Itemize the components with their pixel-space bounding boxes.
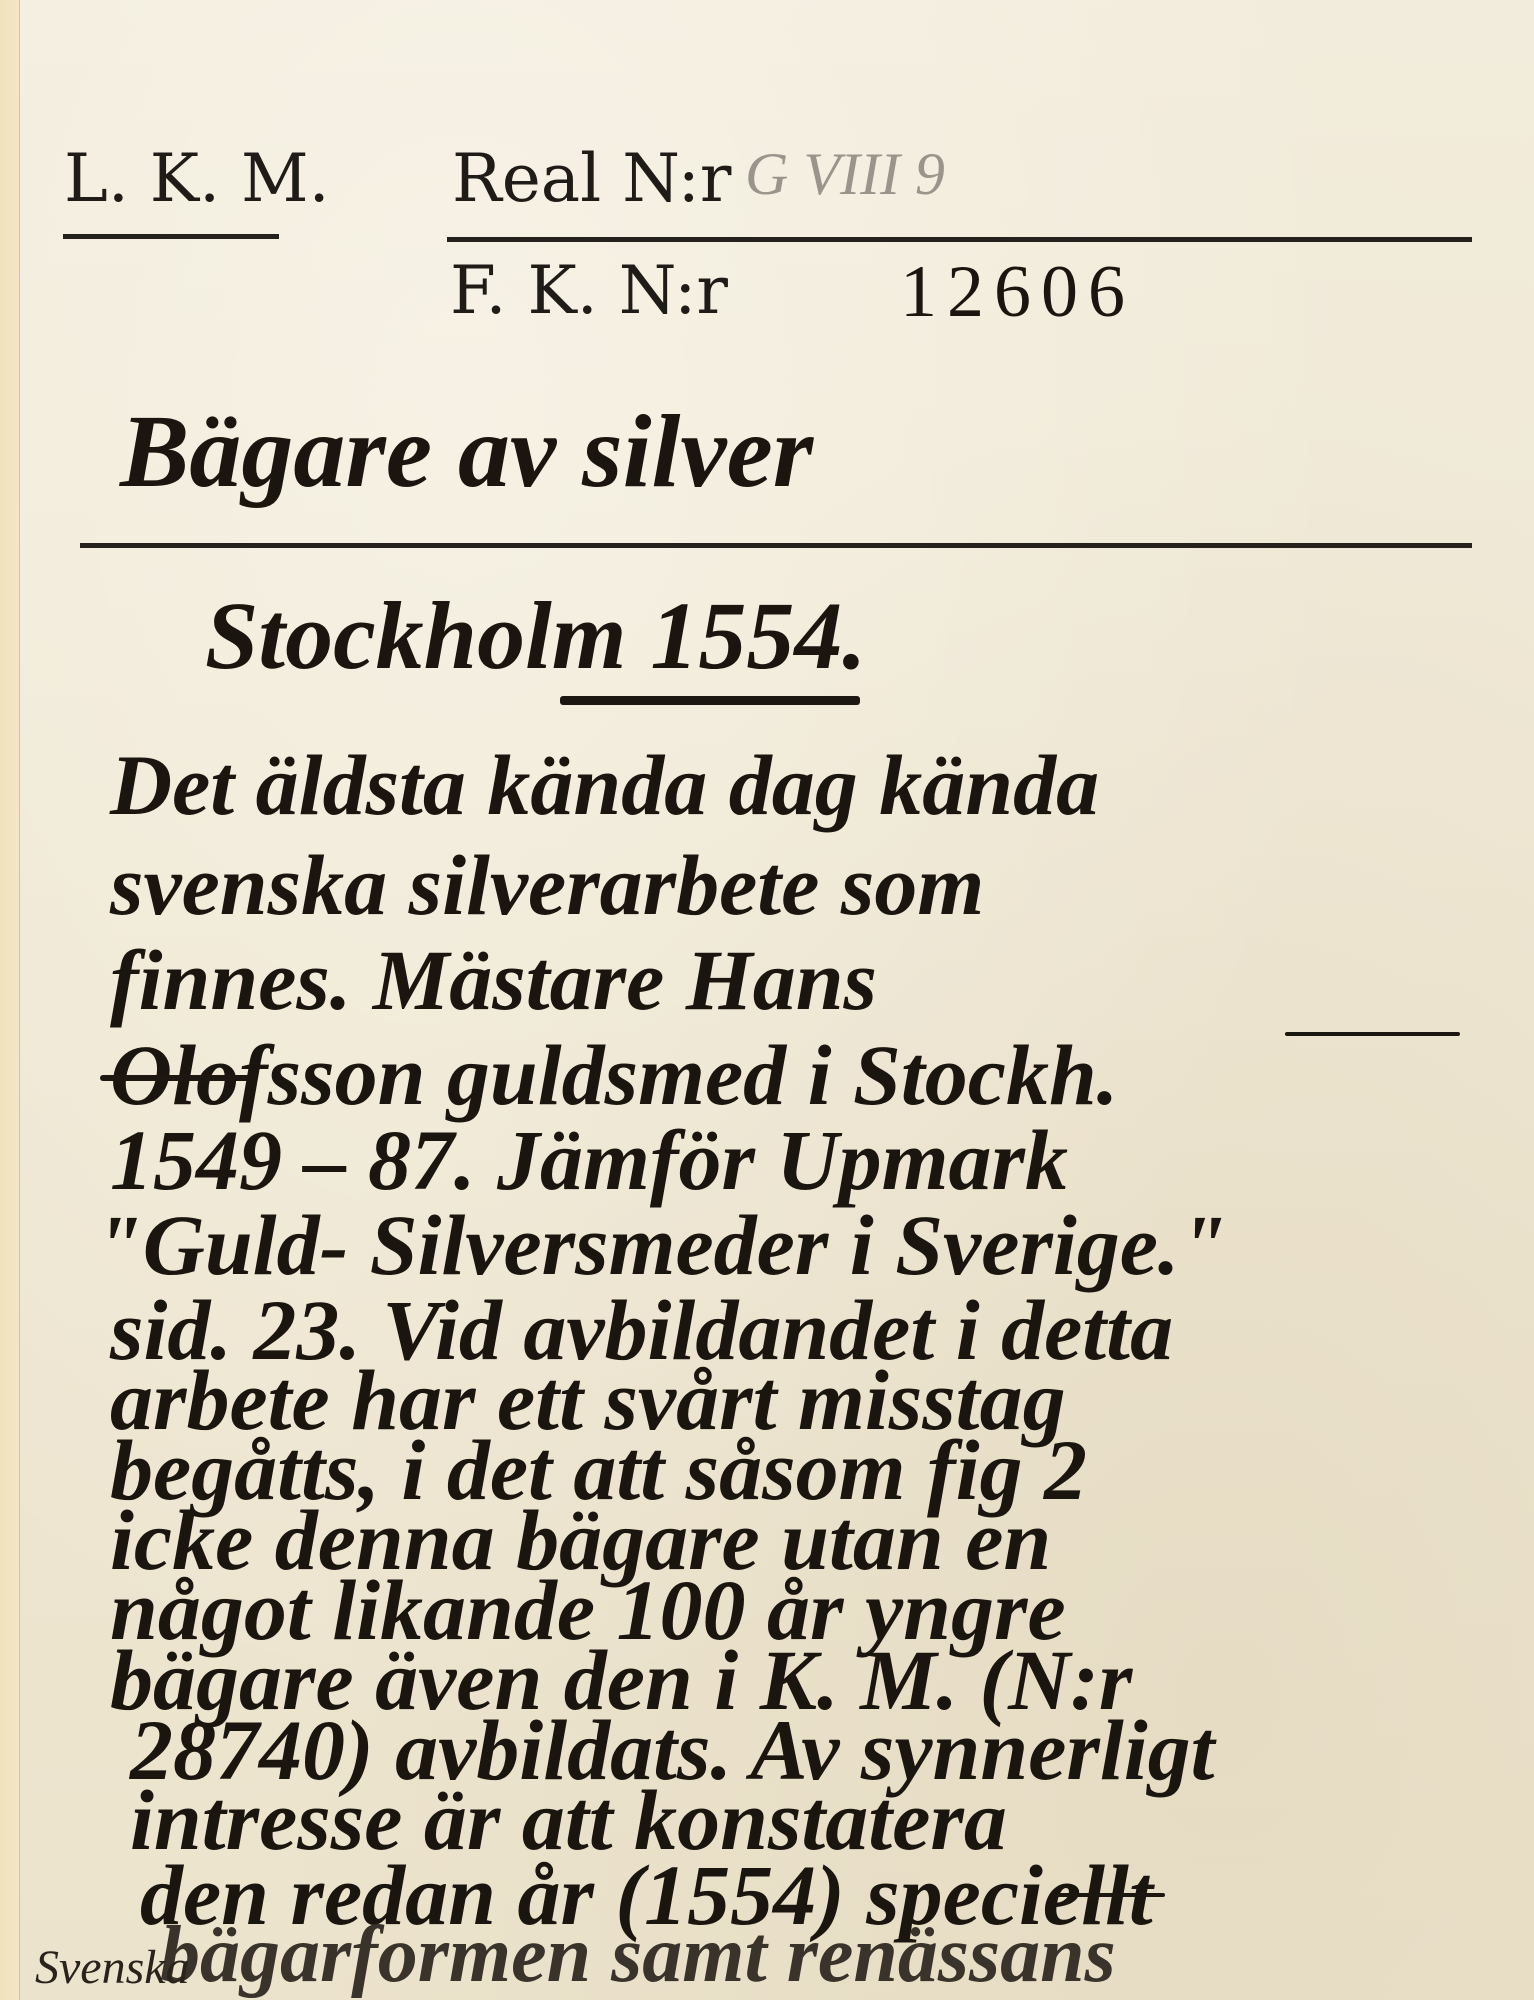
speciellt-underline: [1055, 1893, 1165, 1897]
body-line: finnes. Mästare Hans: [110, 930, 877, 1030]
olofsson-underline: [100, 1075, 250, 1081]
body-line: Det äldsta kända dag kända: [110, 735, 1099, 835]
title-rule: [80, 543, 1472, 548]
paper-edge: [0, 0, 20, 2000]
place-date: Stockholm 1554.: [205, 580, 866, 691]
body-line: bägarformen samt renässans: [160, 1910, 1116, 2000]
margin-note: Svenska: [35, 1940, 190, 1995]
fk-nr-value: 12606: [900, 250, 1135, 335]
collection-label-underline: [63, 234, 279, 239]
header-rule: [447, 237, 1472, 242]
body-line: svenska silverarbete som: [110, 835, 984, 935]
catalogue-card: L. K. M. Real N:r G VIII 9 F. K. N:r 126…: [0, 0, 1534, 2000]
real-nr-value: G VIII 9: [745, 140, 945, 209]
hans-underline: [1285, 1032, 1460, 1036]
place-date-underline: [560, 696, 860, 705]
object-title: Bägare av silver: [120, 392, 813, 511]
collection-label: L. K. M.: [64, 140, 330, 217]
fk-nr-label: F. K. N:r: [450, 252, 728, 329]
real-nr-label: Real N:r: [452, 140, 731, 217]
